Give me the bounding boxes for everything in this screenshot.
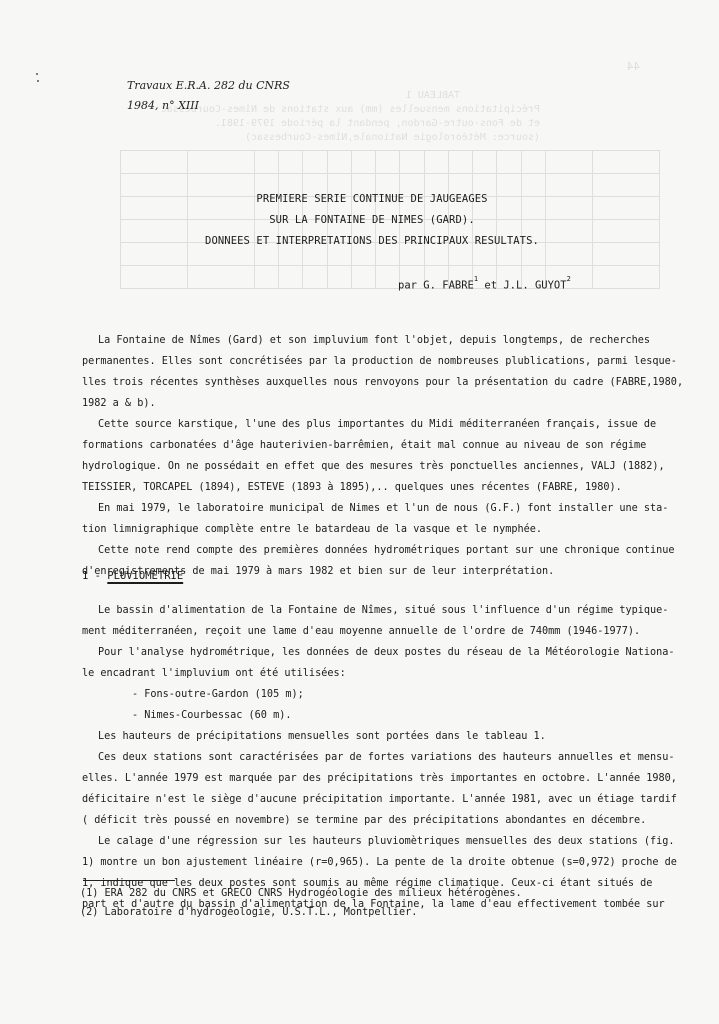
footnote-2: (2) Laboratoire d'hydrogéologie, U.S.T.L… [80, 903, 522, 922]
footnotes: (1) ERA 282 du CNRS et GRECO CNRS Hydrog… [80, 884, 522, 922]
introduction: La Fontaine de Nîmes (Gard) et son implu… [82, 330, 682, 582]
station-list: - Fons-outre-Gardon (105 m); - Nimes-Cou… [82, 684, 682, 726]
section-pluviometrie: Le bassin d'alimentation de la Fontaine … [82, 600, 682, 915]
list-item: - Fons-outre-Gardon (105 m); [82, 684, 682, 705]
list-item: - Nimes-Courbessac (60 m). [82, 705, 682, 726]
author-affiliation-mark: 1 [474, 275, 478, 283]
footnote-1: (1) ERA 282 du CNRS et GRECO CNRS Hydrog… [80, 884, 522, 903]
paragraph: En mai 1979, le laboratoire municipal de… [82, 498, 682, 540]
paragraph: La Fontaine de Nîmes (Gard) et son implu… [82, 330, 682, 414]
scan-speck [37, 80, 39, 82]
journal-series: Travaux E.R.A. 282 du CNRS [127, 76, 290, 96]
footnote-divider [83, 880, 175, 881]
journal-issue: 1984, n° XIII [127, 96, 290, 116]
document-page: 44 TABLEAU 1 Précipitations mensuelles (… [0, 0, 719, 1024]
paragraph: Les hauteurs de précipitations mensuelle… [82, 726, 682, 747]
article-title: PREMIERE SERIE CONTINUE DE JAUGEAGES SUR… [0, 189, 719, 252]
author-affiliation-mark: 2 [567, 275, 571, 283]
section-heading: 1 - PLUVIOMETRIE [82, 570, 183, 582]
journal-header: Travaux E.R.A. 282 du CNRS 1984, n° XIII [127, 76, 290, 116]
paragraph: Pour l'analyse hydrométrique, les donnée… [82, 642, 682, 684]
authors-line: par G. FABRE1 et J.L. GUYOT2 [398, 278, 571, 292]
paragraph: Le bassin d'alimentation de la Fontaine … [82, 600, 682, 642]
paragraph: Cette source karstique, l'une des plus i… [82, 414, 682, 498]
scan-speck [36, 73, 38, 75]
paragraph: Ces deux stations sont caractérisées par… [82, 747, 682, 831]
